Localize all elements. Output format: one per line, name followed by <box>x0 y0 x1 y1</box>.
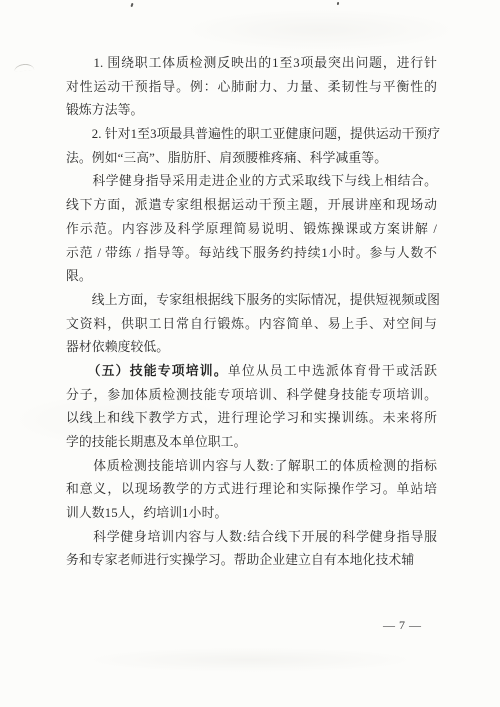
text-line: 限。 <box>66 265 437 289</box>
text-line: 和意义，以现场教学的方式进行理论和实际操作学习。单站培 <box>66 478 437 502</box>
text-segment <box>66 364 94 378</box>
text-segment: 限。 <box>66 269 92 283</box>
text-line: 器材依赖度较低。 <box>66 336 437 360</box>
scan-squiggle-artifact <box>14 63 35 72</box>
text-line: 学的技能长期惠及本单位职工。 <box>66 431 437 455</box>
text-segment: 作示范。内容涉及科学原理简易说明、锻炼操课或方案讲解 / <box>66 222 437 236</box>
text-segment: 体质检测技能培训内容与人数:了解职工的体质检测的指标 <box>66 459 437 473</box>
text-segment: 以线上和线下教学方式，进行理论学习和实操训练。未来将所 <box>66 411 437 425</box>
text-line: 2. 针对1至3项最具普遍性的职工亚健康问题，提供运动干预疗 <box>66 123 437 147</box>
text-segment: 文资料，供职工日常自行锻炼。内容简单、易上手、对空间与 <box>66 317 437 331</box>
text-line: 科学健身指导采用走进企业的方式采取线下与线上相结合。 <box>66 170 437 194</box>
text-segment: 科学健身指导采用走进企业的方式采取线下与线上相结合。 <box>66 174 437 188</box>
bold-text-segment: （五）技能专项培训。 <box>94 364 228 378</box>
text-segment: 训人数15人，约培训1小时。 <box>66 506 227 520</box>
text-segment: 示范 / 带练 / 指导等。每站线下服务约持续1小时。参与人数不 <box>66 246 437 260</box>
text-line: 分子，参加体质检测技能专项培训、科学健身技能专项培训。 <box>66 384 437 408</box>
text-segment: 2. 针对1至3项最具普遍性的职工亚健康问题，提供运动干预疗 <box>66 127 440 141</box>
text-line: 示范 / 带练 / 指导等。每站线下服务约持续1小时。参与人数不 <box>66 242 437 266</box>
text-line: （五）技能专项培训。单位从员工中选派体育骨干或活跃 <box>66 360 437 384</box>
scan-speck-artifact <box>130 3 133 7</box>
text-line: 训人数15人，约培训1小时。 <box>66 502 437 526</box>
scanned-document-page: { "page": { "background_color": "#fcfcfa… <box>0 0 500 707</box>
text-line: 线下方面，派遣专家组根据运动干预主题，开展讲座和现场动 <box>66 194 437 218</box>
scan-speck-artifact <box>337 2 339 5</box>
text-segment: 锻炼方法等。 <box>66 103 143 117</box>
text-segment: 线上方面，专家组根据线下服务的实际情况，提供短视频或图 <box>66 293 440 307</box>
text-line: 1. 围绕职工体质检测反映出的1至3项最突出问题，进行针 <box>66 52 437 76</box>
text-segment: 学的技能长期惠及本单位职工。 <box>66 435 247 449</box>
text-segment: 务和专家老师进行实操学习。帮助企业建立自有本地化技术辅 <box>66 553 414 567</box>
text-line: 务和专家老师进行实操学习。帮助企业建立自有本地化技术辅 <box>66 549 437 573</box>
text-line: 体质检测技能培训内容与人数:了解职工的体质检测的指标 <box>66 455 437 479</box>
text-segment: 分子，参加体质检测技能专项培训、科学健身技能专项培训。 <box>66 388 437 402</box>
text-segment: 科学健身培训内容与人数:结合线下开展的科学健身指导服 <box>66 530 437 544</box>
text-line: 锻炼方法等。 <box>66 99 437 123</box>
text-line: 文资料，供职工日常自行锻炼。内容简单、易上手、对空间与 <box>66 313 437 337</box>
text-segment: 对性运动干预指导。例：心肺耐力、力量、柔韧性与平衡性的 <box>66 80 437 94</box>
page-number: — 7 — <box>383 618 431 632</box>
text-line: 对性运动干预指导。例：心肺耐力、力量、柔韧性与平衡性的 <box>66 76 437 100</box>
text-segment: 法。例如“三高”、脂肪肝、肩颈腰椎疼痛、科学减重等。 <box>66 151 387 165</box>
text-line: 以线上和线下教学方式，进行理论学习和实操训练。未来将所 <box>66 407 437 431</box>
text-line: 科学健身培训内容与人数:结合线下开展的科学健身指导服 <box>66 526 437 550</box>
text-segment: 单位从员工中选派体育骨干或活跃 <box>228 364 437 378</box>
text-line: 线上方面，专家组根据线下服务的实际情况，提供短视频或图 <box>66 289 437 313</box>
document-text: 1. 围绕职工体质检测反映出的1至3项最突出问题，进行针对性运动干预指导。例：心… <box>66 52 437 573</box>
text-line: 法。例如“三高”、脂肪肝、肩颈腰椎疼痛、科学减重等。 <box>66 147 437 171</box>
text-segment: 1. 围绕职工体质检测反映出的1至3项最突出问题，进行针 <box>66 56 437 70</box>
text-segment: 和意义，以现场教学的方式进行理论和实际操作学习。单站培 <box>66 482 437 496</box>
text-segment: 器材依赖度较低。 <box>66 340 169 354</box>
text-line: 作示范。内容涉及科学原理简易说明、锻炼操课或方案讲解 / <box>66 218 437 242</box>
text-segment: 线下方面，派遣专家组根据运动干预主题，开展讲座和现场动 <box>66 198 437 212</box>
